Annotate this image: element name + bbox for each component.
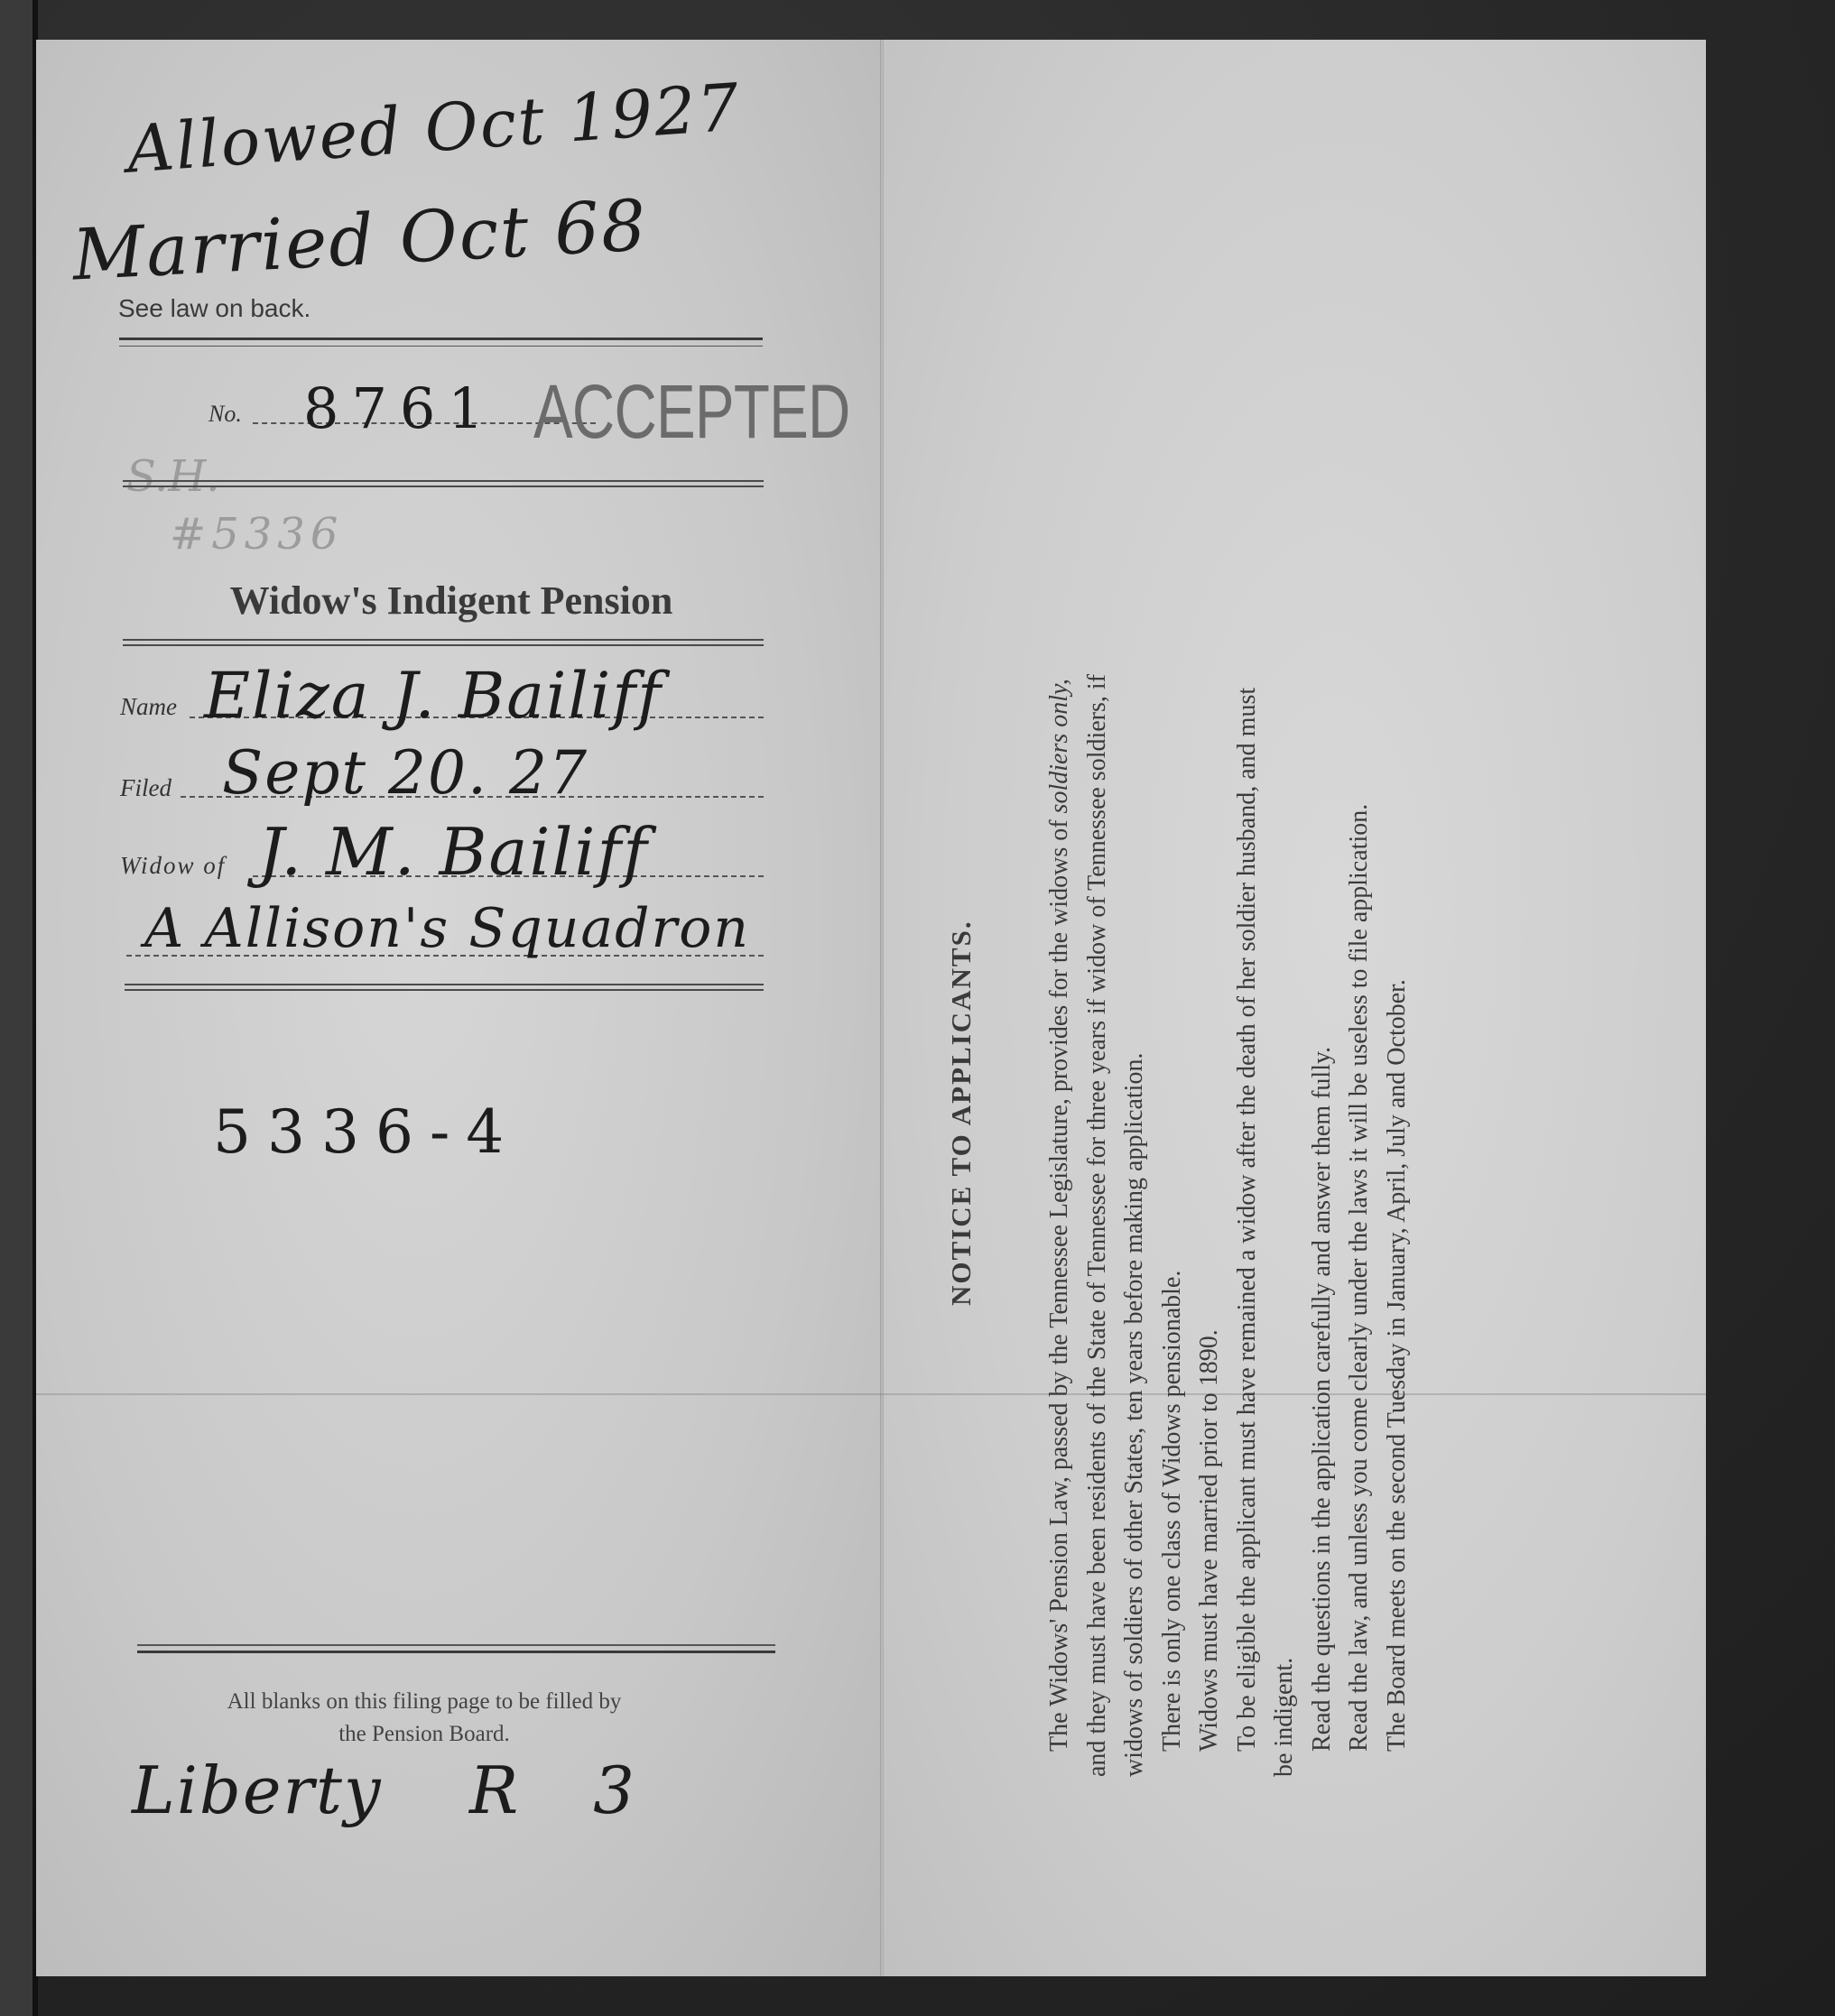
- unit-value: A Allison's Squadron: [144, 897, 750, 960]
- front-cover-panel: Allowed Oct 1927 Married Oct 68 See law …: [36, 40, 880, 1976]
- handwritten-allowed-note: Allowed Oct 1927: [125, 69, 743, 187]
- binder-edge: [0, 0, 38, 2016]
- notice-line: Read the questions in the application ca…: [1303, 279, 1341, 1777]
- see-law-note: See law on back.: [118, 294, 310, 323]
- name-value: Eliza J. Bailiff: [204, 659, 663, 733]
- faint-code-sh: S.H.: [126, 451, 220, 502]
- form-title: Widow's Indigent Pension: [171, 578, 731, 624]
- accepted-stamp: ACCEPTED: [533, 368, 850, 456]
- notice-to-applicants: NOTICE TO APPLICANTS. The Widows' Pensio…: [943, 279, 1415, 1777]
- rule-title-bottom: [123, 639, 764, 646]
- widow-of-value: J. M. Bailiff: [258, 814, 649, 890]
- signature-county: Liberty: [132, 1752, 383, 1828]
- notice-line: be indigent.: [1265, 279, 1303, 1777]
- notice-line: The Widows' Pension Law, passed by the T…: [1041, 279, 1079, 1777]
- signature-initials: R 3: [469, 1752, 662, 1828]
- notice-line: and they must have been residents of the…: [1079, 279, 1117, 1777]
- rule-number-bottom: [123, 480, 764, 487]
- filed-value: Sept 20. 27: [222, 738, 588, 808]
- pension-number: 8761: [303, 375, 496, 441]
- name-label: Name: [120, 693, 177, 721]
- widow-of-label: Widow of: [120, 852, 226, 880]
- note-line-2: the Pension Board.: [181, 1718, 668, 1751]
- handwritten-married-note: Married Oct 68: [70, 185, 650, 296]
- notice-line: To be eligible the applicant must have r…: [1228, 279, 1266, 1777]
- number-label: No.: [209, 401, 242, 428]
- pension-board-note: All blanks on this filing page to be fil…: [181, 1686, 668, 1751]
- faint-code-number: #5336: [170, 509, 343, 559]
- note-line-1: All blanks on this filing page to be fil…: [181, 1686, 668, 1718]
- pension-document: Allowed Oct 1927 Married Oct 68 See law …: [36, 40, 1706, 1976]
- rule-top: [119, 338, 763, 347]
- notice-title: NOTICE TO APPLICANTS.: [943, 279, 1001, 1777]
- rule-footer-top: [137, 1644, 775, 1653]
- notice-line: widows of soldiers of other States, ten …: [1116, 279, 1154, 1777]
- notice-line: Read the law, and unless you come clearl…: [1340, 279, 1378, 1777]
- horizontal-crease: [36, 1393, 1706, 1395]
- file-number: 5336-4: [213, 1097, 520, 1167]
- rule-fields-bottom: [125, 984, 764, 991]
- notice-line: There is only one class of Widows pensio…: [1154, 279, 1191, 1777]
- notice-line: Widows must have married prior to 1890.: [1191, 279, 1228, 1777]
- notice-line: The Board meets on the second Tuesday in…: [1378, 279, 1416, 1777]
- filed-label: Filed: [120, 774, 171, 802]
